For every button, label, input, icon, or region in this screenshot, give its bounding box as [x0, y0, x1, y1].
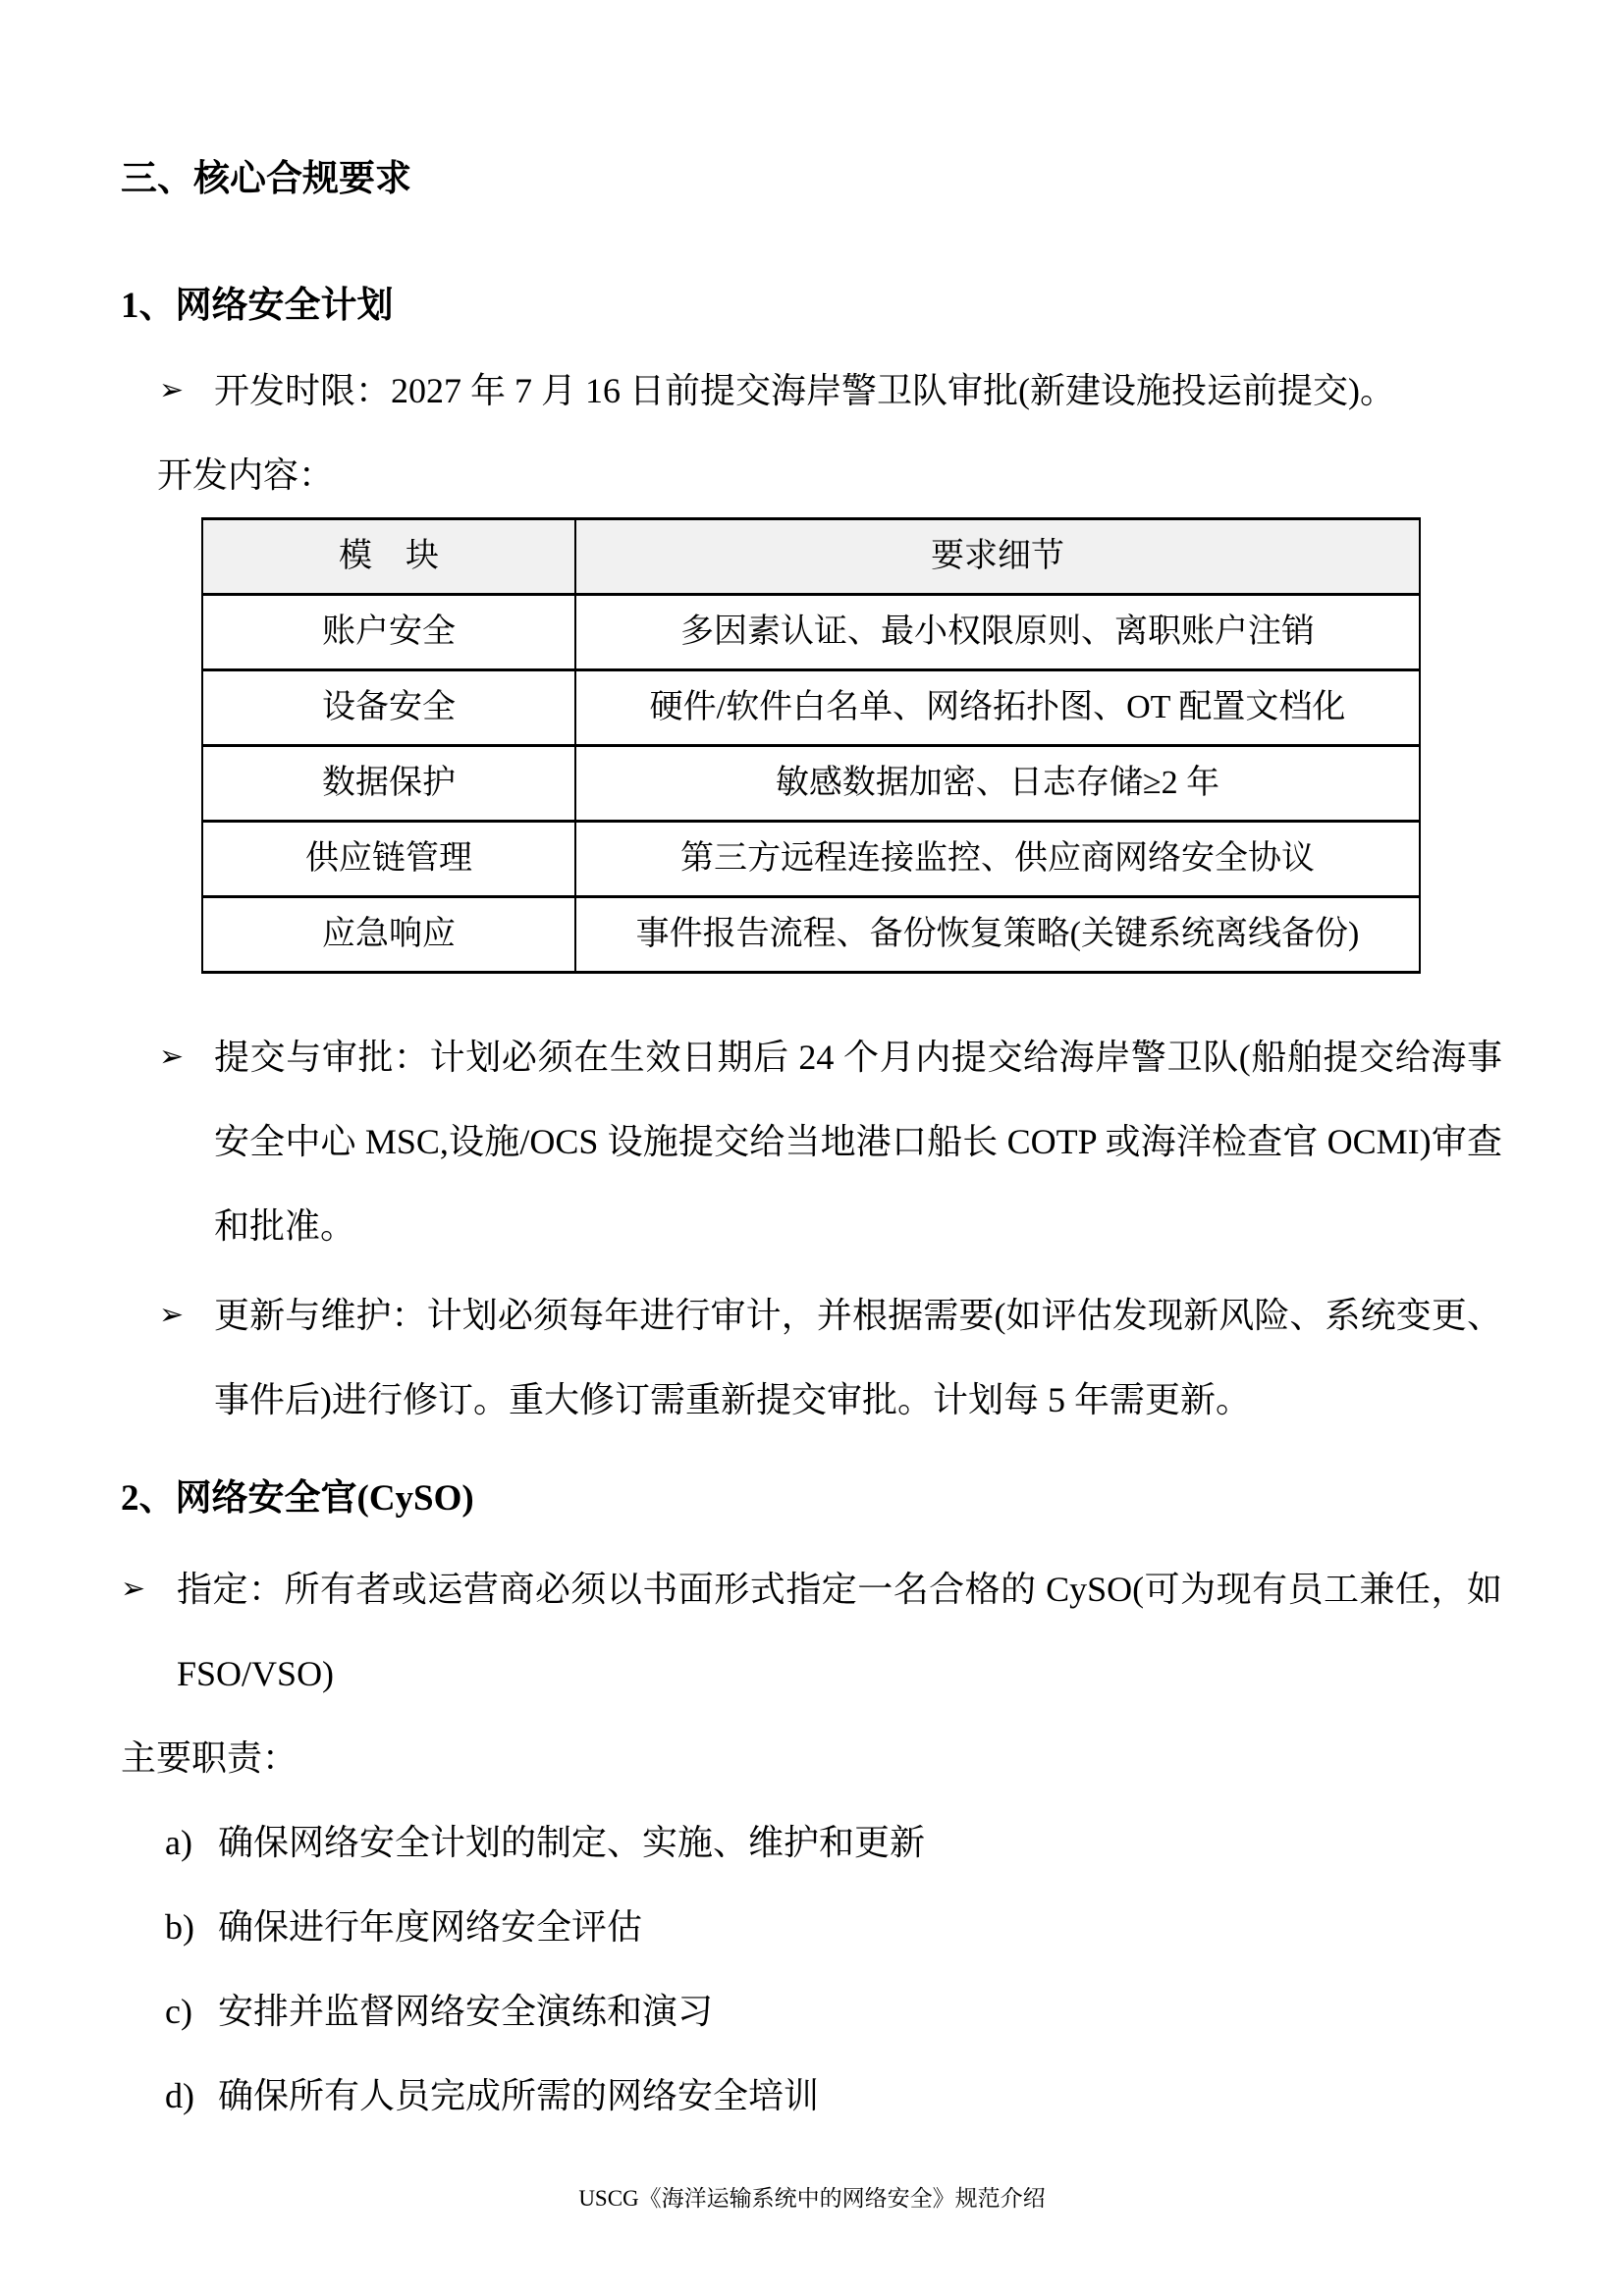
bullet-designation: ➢ 指定：所有者或运营商必须以书面形式指定一名合格的 CySO(可为现有员工兼任… [121, 1547, 1502, 1716]
table-cell-detail: 多因素认证、最小权限原则、离职账户注销 [575, 595, 1420, 670]
section-heading: 三、核心合规要求 [121, 137, 1502, 222]
table-cell-detail: 敏感数据加密、日志存储≥2 年 [575, 746, 1420, 822]
subsection-2-title: 2、网络安全官(CySO) [121, 1457, 1502, 1541]
table-cell-module: 应急响应 [202, 897, 575, 973]
bullet-update-maintenance-text: 更新与维护：计划必须每年进行审计，并根据需要(如评估发现新风险、系统变更、事件后… [214, 1273, 1502, 1442]
table-row: 账户安全 多因素认证、最小权限原则、离职账户注销 [202, 595, 1420, 670]
table-cell-detail: 硬件/软件白名单、网络拓扑图、OT 配置文档化 [575, 670, 1420, 746]
bullet-submission-approval-text: 提交与审批：计划必须在生效日期后 24 个月内提交给海岸警卫队(船舶提交给海事安… [214, 1015, 1502, 1268]
list-item-duty-c: c) 安排并监督网络安全演练和演习 [165, 1969, 1502, 2054]
subsection-1-title: 1、网络安全计划 [121, 264, 1502, 348]
table-row: 应急响应 事件报告流程、备份恢复策略(关键系统离线备份) [202, 897, 1420, 973]
table-row: 设备安全 硬件/软件白名单、网络拓扑图、OT 配置文档化 [202, 670, 1420, 746]
dev-content-label: 开发内容： [157, 433, 1502, 517]
arrow-bullet-icon: ➢ [159, 1015, 214, 1099]
duty-text: 确保所有人员完成所需的网络安全培训 [218, 2054, 1502, 2138]
table-header-module: 模 块 [202, 519, 575, 595]
page-footer: USCG《海洋运输系统中的网络安全》规范介绍 [0, 2182, 1624, 2216]
table-cell-detail: 第三方远程连接监控、供应商网络安全协议 [575, 822, 1420, 897]
table-cell-module: 数据保护 [202, 746, 575, 822]
list-item-duty-a: a) 确保网络安全计划的制定、实施、维护和更新 [165, 1800, 1502, 1885]
arrow-bullet-icon: ➢ [121, 1547, 177, 1631]
table-row: 供应链管理 第三方远程连接监控、供应商网络安全协议 [202, 822, 1420, 897]
duties-label: 主要职责： [121, 1716, 1502, 1800]
table-cell-module: 设备安全 [202, 670, 575, 746]
list-marker: c) [165, 1969, 218, 2054]
list-marker: d) [165, 2054, 218, 2138]
bullet-dev-deadline: ➢ 开发时限：2027 年 7 月 16 日前提交海岸警卫队审批(新建设施投运前… [121, 348, 1502, 433]
duty-text: 确保进行年度网络安全评估 [218, 1885, 1502, 1969]
duty-text: 安排并监督网络安全演练和演习 [218, 1969, 1502, 2054]
table-header-detail: 要求细节 [575, 519, 1420, 595]
list-item-duty-b: b) 确保进行年度网络安全评估 [165, 1885, 1502, 1969]
bullet-dev-deadline-text: 开发时限：2027 年 7 月 16 日前提交海岸警卫队审批(新建设施投运前提交… [214, 348, 1502, 433]
document-page: 三、核心合规要求 1、网络安全计划 ➢ 开发时限：2027 年 7 月 16 日… [0, 0, 1624, 2296]
list-item-duty-d: d) 确保所有人员完成所需的网络安全培训 [165, 2054, 1502, 2138]
table-cell-module: 供应链管理 [202, 822, 575, 897]
table-cell-module: 账户安全 [202, 595, 575, 670]
duty-text: 确保网络安全计划的制定、实施、维护和更新 [218, 1800, 1502, 1885]
arrow-bullet-icon: ➢ [159, 348, 214, 433]
requirements-table: 模 块 要求细节 账户安全 多因素认证、最小权限原则、离职账户注销 设备安全 硬… [201, 517, 1421, 974]
table-header-row: 模 块 要求细节 [202, 519, 1420, 595]
bullet-update-maintenance: ➢ 更新与维护：计划必须每年进行审计，并根据需要(如评估发现新风险、系统变更、事… [121, 1273, 1502, 1442]
table-row: 数据保护 敏感数据加密、日志存储≥2 年 [202, 746, 1420, 822]
list-marker: b) [165, 1885, 218, 1969]
arrow-bullet-icon: ➢ [159, 1273, 214, 1358]
bullet-submission-approval: ➢ 提交与审批：计划必须在生效日期后 24 个月内提交给海岸警卫队(船舶提交给海… [121, 1015, 1502, 1268]
table-cell-detail: 事件报告流程、备份恢复策略(关键系统离线备份) [575, 897, 1420, 973]
list-marker: a) [165, 1800, 218, 1885]
bullet-designation-text: 指定：所有者或运营商必须以书面形式指定一名合格的 CySO(可为现有员工兼任，如… [177, 1547, 1502, 1716]
